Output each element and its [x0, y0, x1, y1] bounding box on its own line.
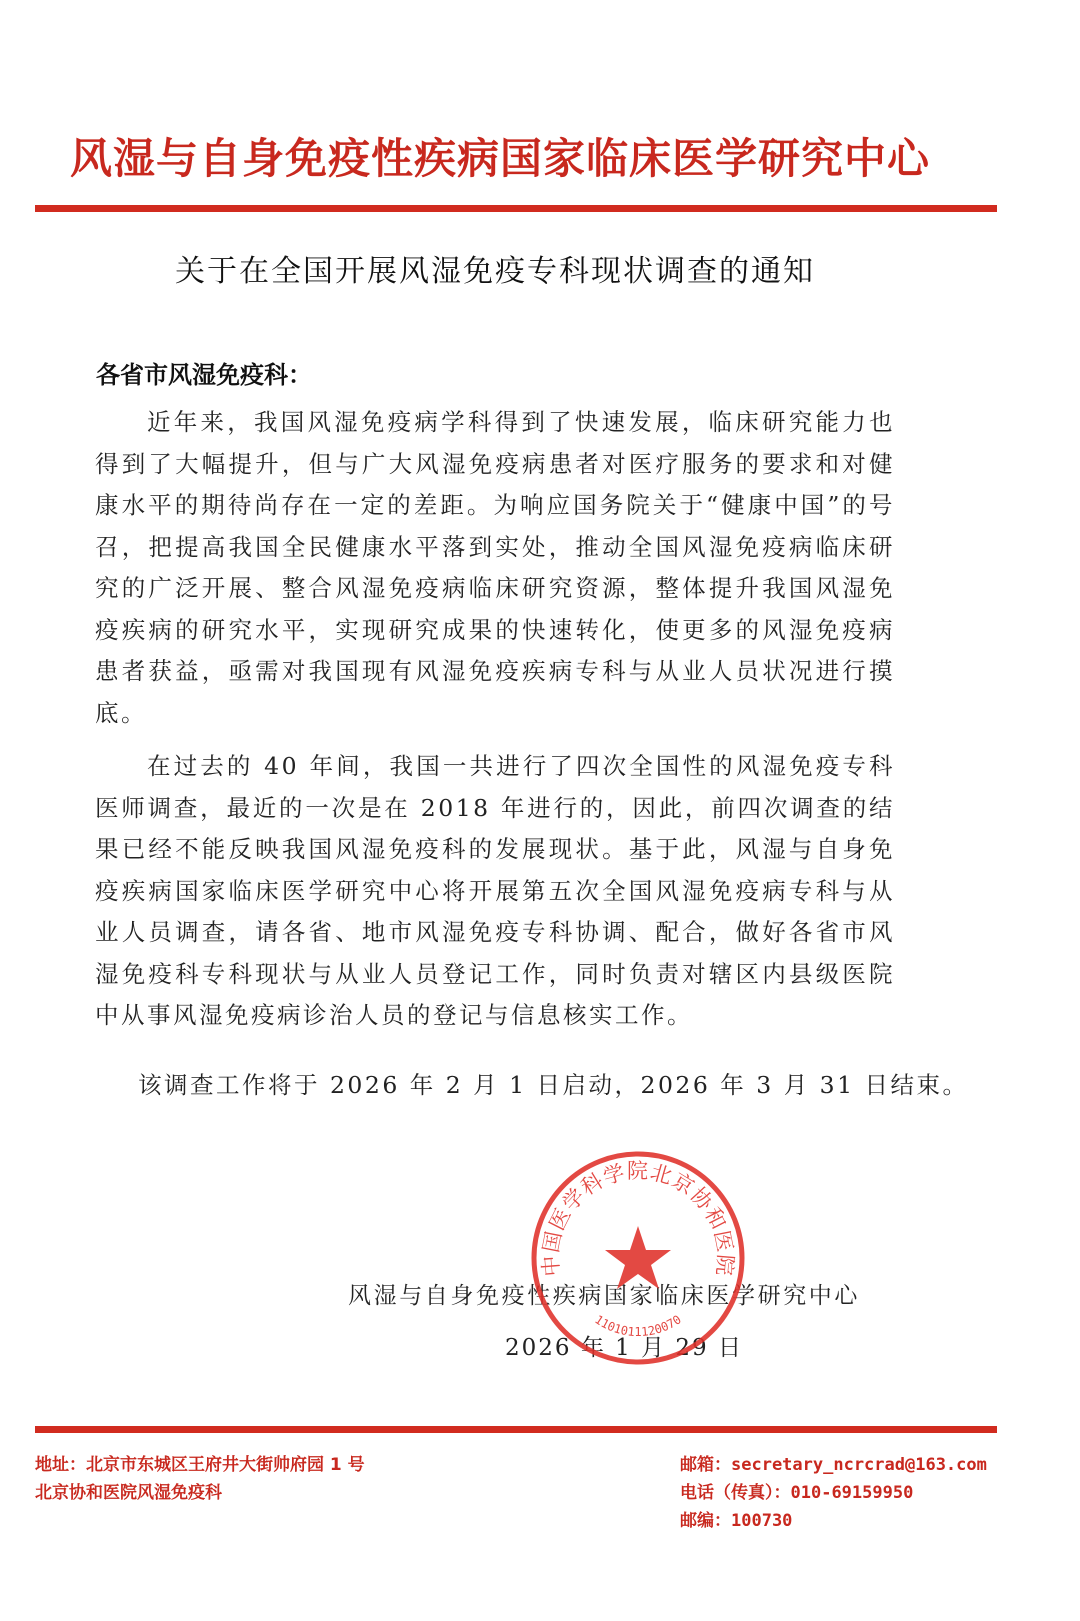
stamp-text: 中国医学科学院北京协和医院 [538, 1159, 737, 1277]
body-paragraph-2: 在过去的 40 年间，我国一共进行了四次全国性的风湿免疫专科医师调查，最近的一次… [95, 746, 895, 1037]
bottom-red-rule [35, 1426, 997, 1433]
closing-sentence: 该调查工作将于 2026 年 2 月 1 日启动，2026 年 3 月 31 日… [138, 1066, 969, 1100]
footer-postcode: 邮编：100730 [680, 1506, 792, 1531]
salutation: 各省市风湿免疫科： [96, 355, 312, 390]
document-title: 关于在全国开展风湿免疫专科现状调查的通知 [0, 246, 990, 290]
signature-date: 2026 年 1 月 29 日 [505, 1329, 743, 1362]
signature-organization: 风湿与自身免疫性疾病国家临床医学研究中心 [348, 1277, 860, 1310]
top-red-rule [35, 205, 997, 212]
footer-address-line2: 北京协和医院风湿免疫科 [35, 1478, 222, 1503]
body-paragraph-1: 近年来，我国风湿免疫病学科得到了快速发展，临床研究能力也得到了大幅提升，但与广大… [95, 402, 895, 734]
footer-address-line1: 地址：北京市东城区王府井大街帅府园 1 号 [35, 1450, 365, 1475]
footer-email: 邮箱：secretary_ncrcrad@163.com [680, 1450, 987, 1475]
footer-phone: 电话（传真）：010-69159950 [680, 1478, 913, 1503]
svg-text:中国医学科学院北京协和医院: 中国医学科学院北京协和医院 [538, 1159, 737, 1277]
letterhead-organization: 风湿与自身免疫性疾病国家临床医学研究中心 [0, 126, 1000, 186]
